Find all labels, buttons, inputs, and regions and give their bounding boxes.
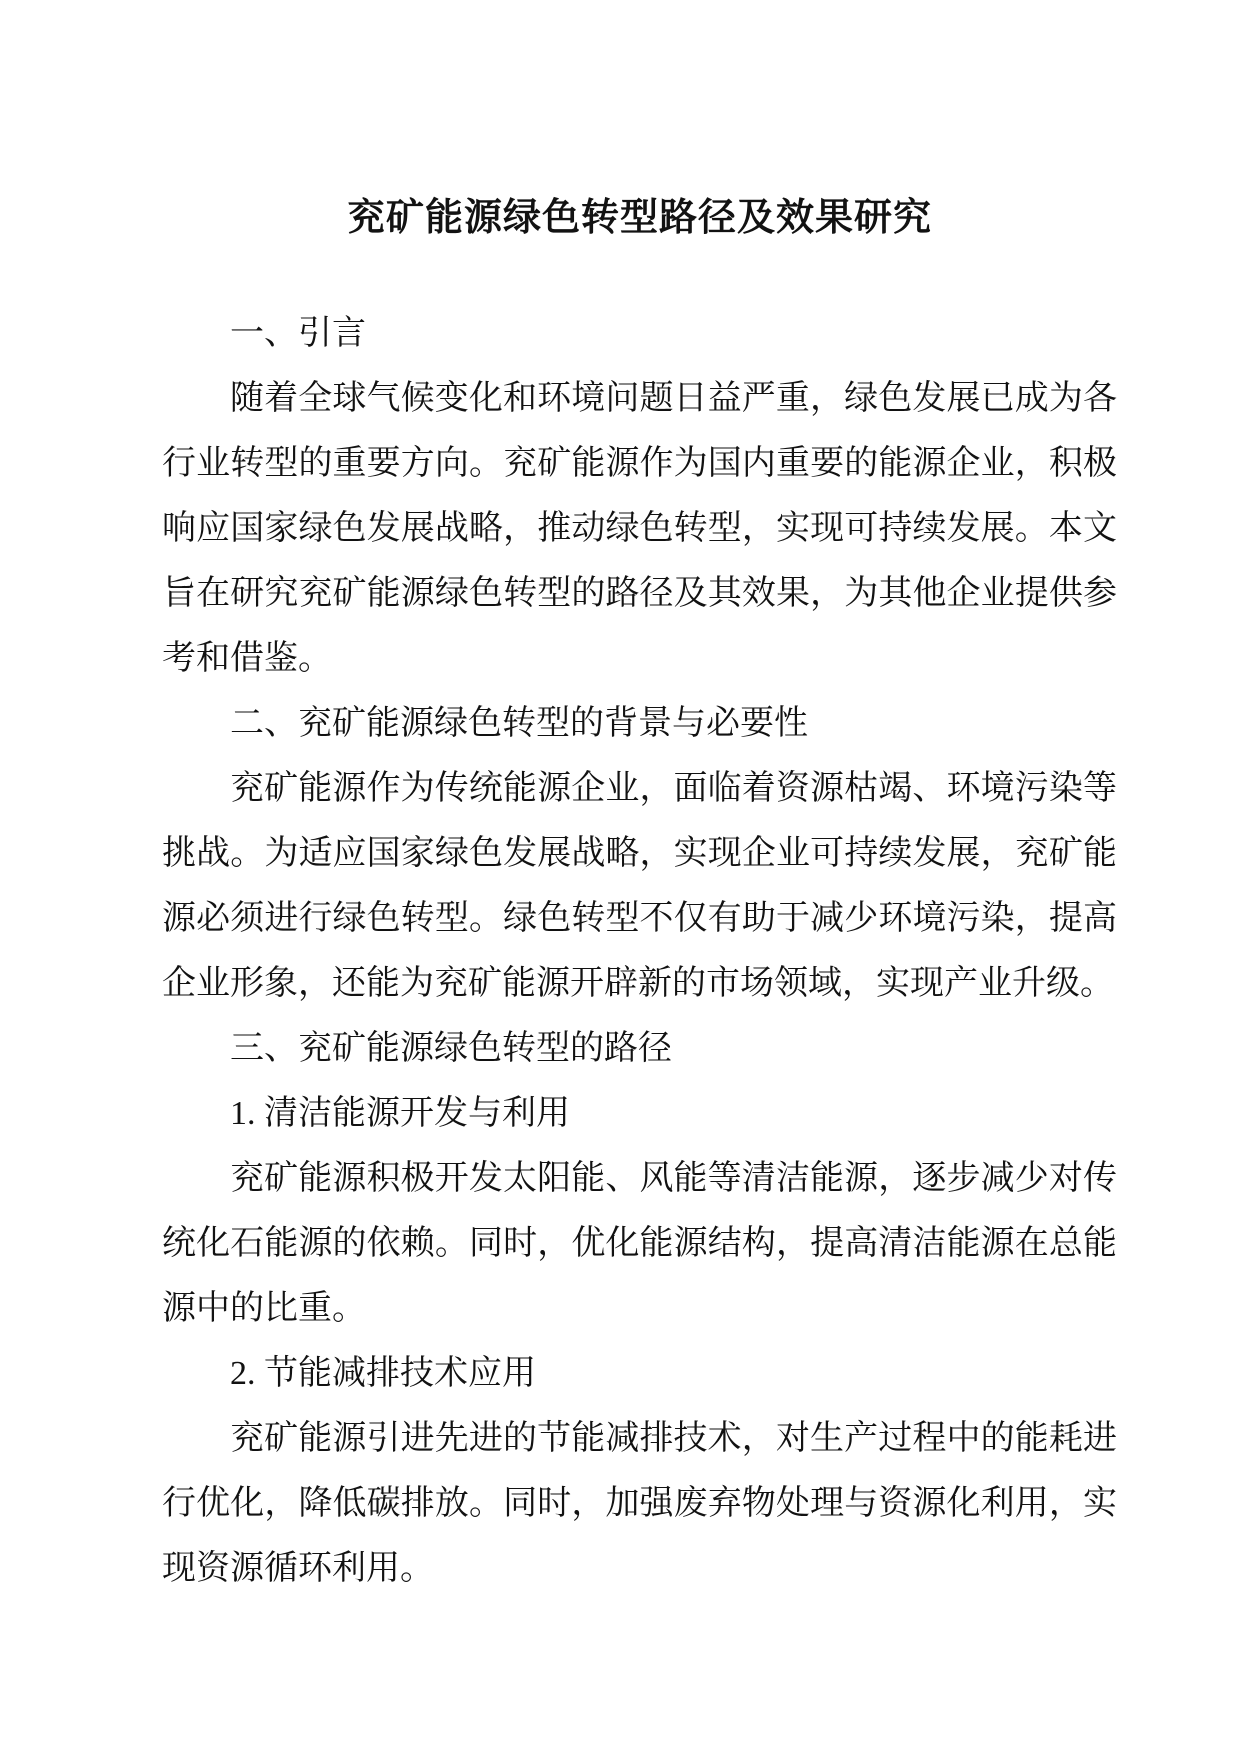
paragraph-energy-saving: 兖矿能源引进先进的节能减排技术，对生产过程中的能耗进行优化，降低碳排放。同时，加… <box>162 1406 1117 1601</box>
subheading-energy-saving: 2. 节能减排技术应用 <box>162 1341 1117 1406</box>
paragraph-background: 兖矿能源作为传统能源企业，面临着资源枯竭、环境污染等挑战。为适应国家绿色发展战略… <box>162 756 1117 1016</box>
paragraph-clean-energy: 兖矿能源积极开发太阳能、风能等清洁能源，逐步减少对传统化石能源的依赖。同时，优化… <box>162 1146 1117 1341</box>
document-title: 兖矿能源绿色转型路径及效果研究 <box>162 195 1117 241</box>
document-page: 兖矿能源绿色转型路径及效果研究 一、引言 随着全球气候变化和环境问题日益严重，绿… <box>0 0 1240 1753</box>
section-heading-background: 二、兖矿能源绿色转型的背景与必要性 <box>162 691 1117 756</box>
section-heading-path: 三、兖矿能源绿色转型的路径 <box>162 1016 1117 1081</box>
paragraph-introduction: 随着全球气候变化和环境问题日益严重，绿色发展已成为各行业转型的重要方向。兖矿能源… <box>162 366 1117 691</box>
section-heading-introduction: 一、引言 <box>162 301 1117 366</box>
subheading-clean-energy: 1. 清洁能源开发与利用 <box>162 1081 1117 1146</box>
